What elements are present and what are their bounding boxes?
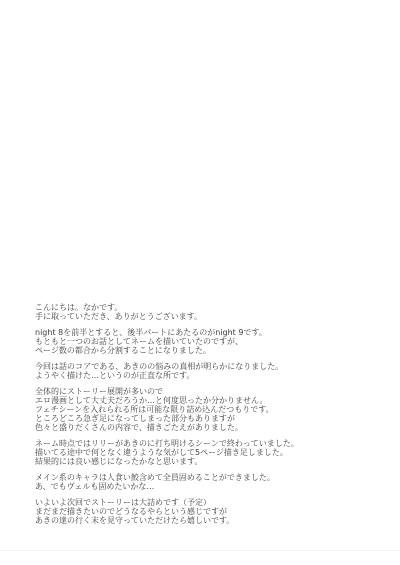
text-line: フェチシーンを入れられる所は可能な限り詰め込んだつもりです。	[35, 405, 365, 414]
night-split-paragraph: night 8を前半とすると、後半パートにあたるのがnight 9です。 もとも…	[35, 328, 365, 355]
story-development-paragraph: 全体的にストーリー展開が多いので エロ漫画として大丈夫だろうか…と何度思ったか分…	[35, 387, 365, 432]
text-line: 手に取っていただき、ありがとうございます。	[35, 312, 365, 321]
text-line: まだまだ描きたいのでどうなるやらという感じですが	[35, 507, 365, 516]
text-line: night 8を前半とすると、後半パートにあたるのがnight 9です。	[35, 328, 365, 337]
text-line: ネーム時点ではリリーがあきのに打ち明けるシーンで終わっていました。	[35, 439, 365, 448]
text-line: 描いてる途中で何となく違うような気がして5ページ描き足しました。	[35, 448, 365, 457]
name-revision-paragraph: ネーム時点ではリリーがあきのに打ち明けるシーンで終わっていました。 描いてる途中…	[35, 439, 365, 466]
text-line: ところどころ急ぎ足になってしまった部分もありますが	[35, 414, 365, 423]
greeting-paragraph: こんにちは。なかです。 手に取っていただき、ありがとうございます。	[35, 303, 365, 321]
text-line: もともと一つのお話としてネームを描いていたのですが、	[35, 337, 365, 346]
story-core-paragraph: 今回は話のコアである、あきのの悩みの真相が明らかになりました。 ようやく描けた……	[35, 362, 365, 380]
afterword-page: こんにちは。なかです。 手に取っていただき、ありがとうございます。 night …	[0, 0, 400, 565]
characters-paragraph: メイン系のキャラは人食い鮫含めて全員固めることができました。 あ、でもヴェルも固…	[35, 473, 365, 491]
text-line: いよいよ次回でストーリーは大詰めです（予定）	[35, 498, 365, 507]
text-line: 結果的には良い感じになったかなと思います。	[35, 457, 365, 466]
text-line: こんにちは。なかです。	[35, 303, 365, 312]
scan-artifact-line	[0, 550, 400, 551]
text-line: ページ数の都合から分割することになりました。	[35, 346, 365, 355]
text-line: 色々と盛りだくさんの内容で、描きごたえがありました。	[35, 423, 365, 432]
closing-paragraph: いよいよ次回でストーリーは大詰めです（予定） まだまだ描きたいのでどうなるやらと…	[35, 498, 365, 525]
text-line: あ、でもヴェルも固めたいかな…	[35, 482, 365, 491]
afterword-text: こんにちは。なかです。 手に取っていただき、ありがとうございます。 night …	[35, 303, 365, 532]
text-line: 全体的にストーリー展開が多いので	[35, 387, 365, 396]
text-line: ようやく描けた…というのが正直な所です。	[35, 371, 365, 380]
text-line: メイン系のキャラは人食い鮫含めて全員固めることができました。	[35, 473, 365, 482]
text-line: 今回は話のコアである、あきのの悩みの真相が明らかになりました。	[35, 362, 365, 371]
text-line: エロ漫画として大丈夫だろうか…と何度思ったか分かりません。	[35, 396, 365, 405]
text-line: あきの達の行く末を見守っていただけたら嬉しいです。	[35, 516, 365, 525]
